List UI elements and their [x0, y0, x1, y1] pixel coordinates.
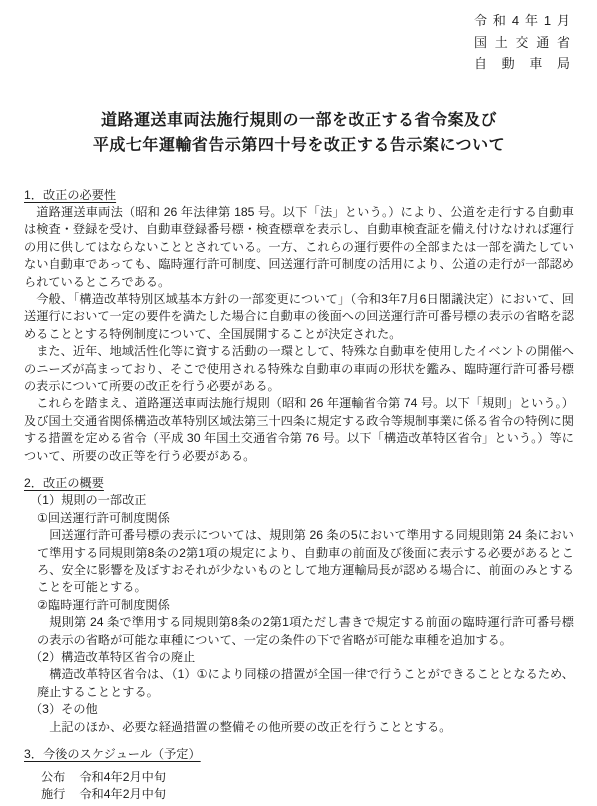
section-schedule: 3．今後のスケジュール（予定） 公布 令和4年2月中旬 施行 令和4年2月中旬 [24, 746, 574, 803]
outline-item-3-text: 上記のほか、必要な経過措置の整備その他所要の改正を行うこととする。 [37, 719, 574, 736]
section-outline-heading: 2．改正の概要 [24, 475, 574, 492]
outline-item-1-sub-1-label: ①回送運行許可制度関係 [37, 510, 574, 527]
header-ministry: 国土交通省 [474, 32, 570, 54]
section-outline: 2．改正の概要 （1）規則の一部改正 ①回送運行許可制度関係 回送運行許可番号標… [24, 475, 574, 736]
document-header: 令和4年1月 国土交通省 自動車局 [474, 10, 570, 75]
document-title-line-1: 道路運送車両法施行規則の一部を改正する省令案及び [24, 108, 574, 133]
necessity-paragraph-4: これらを踏まえ、道路運送車両法施行規則（昭和 26 年運輸省令第 74 号。以下… [24, 395, 574, 465]
outline-item-2-text: 構造改革特区省令は、（1）①により同様の措置が全国一律で行うことができることとな… [37, 666, 574, 701]
outline-item-1-sub-2-label: ②臨時運行許可制度関係 [37, 597, 574, 614]
document-title-line-2: 平成七年運輸省告示第四十号を改正する告示案について [24, 133, 574, 158]
schedule-row-promulgation: 公布 令和4年2月中旬 [41, 769, 574, 786]
schedule-row-promulgation-label: 公布 [41, 769, 65, 786]
section-schedule-heading: 3．今後のスケジュール（予定） [24, 746, 574, 763]
necessity-paragraph-3: また、近年、地域活性化等に資する活動の一環として、特殊な自動車を使用したイベント… [24, 343, 574, 395]
section-necessity-heading: 1．改正の必要性 [24, 187, 574, 204]
schedule-row-enforcement-value: 令和4年2月中旬 [79, 786, 166, 803]
section-schedule-heading-text: 3．今後のスケジュール（予定） [24, 747, 201, 761]
header-date: 令和4年1月 [474, 10, 570, 32]
schedule-row-promulgation-value: 令和4年2月中旬 [79, 769, 166, 786]
necessity-paragraph-2: 今般、「構造改革特別区域基本方針の一部変更について」（令和3年7月6日閣議決定）… [24, 291, 574, 343]
necessity-paragraph-1: 道路運送車両法（昭和 26 年法律第 185 号。以下「法」という。）により、公… [24, 204, 574, 291]
document-title: 道路運送車両法施行規則の一部を改正する省令案及び 平成七年運輸省告示第四十号を改… [24, 108, 574, 158]
header-bureau: 自動車局 [474, 53, 570, 75]
schedule-row-enforcement-label: 施行 [41, 786, 65, 803]
schedule-list: 公布 令和4年2月中旬 施行 令和4年2月中旬 [41, 769, 574, 804]
schedule-row-enforcement: 施行 令和4年2月中旬 [41, 786, 574, 803]
outline-item-2-label: （2）構造改革特区省令の廃止 [30, 649, 574, 666]
document-page: 令和4年1月 国土交通省 自動車局 道路運送車両法施行規則の一部を改正する省令案… [0, 0, 597, 806]
outline-item-1-sub-2-text: 規則第 24 条で準用する同規則第8条の2第1項ただし書きで規定する前面の臨時運… [37, 614, 574, 649]
outline-item-1-label: （1）規則の一部改正 [30, 492, 574, 509]
outline-item-3-label: （3）その他 [30, 701, 574, 718]
section-outline-heading-text: 2．改正の概要 [24, 476, 104, 490]
outline-item-1-sub-1-text: 回送運行許可番号標の表示については、規則第 26 条の5において準用する同規則第… [37, 527, 574, 597]
section-necessity: 1．改正の必要性 道路運送車両法（昭和 26 年法律第 185 号。以下「法」と… [24, 187, 574, 466]
section-necessity-heading-text: 1．改正の必要性 [24, 188, 116, 202]
